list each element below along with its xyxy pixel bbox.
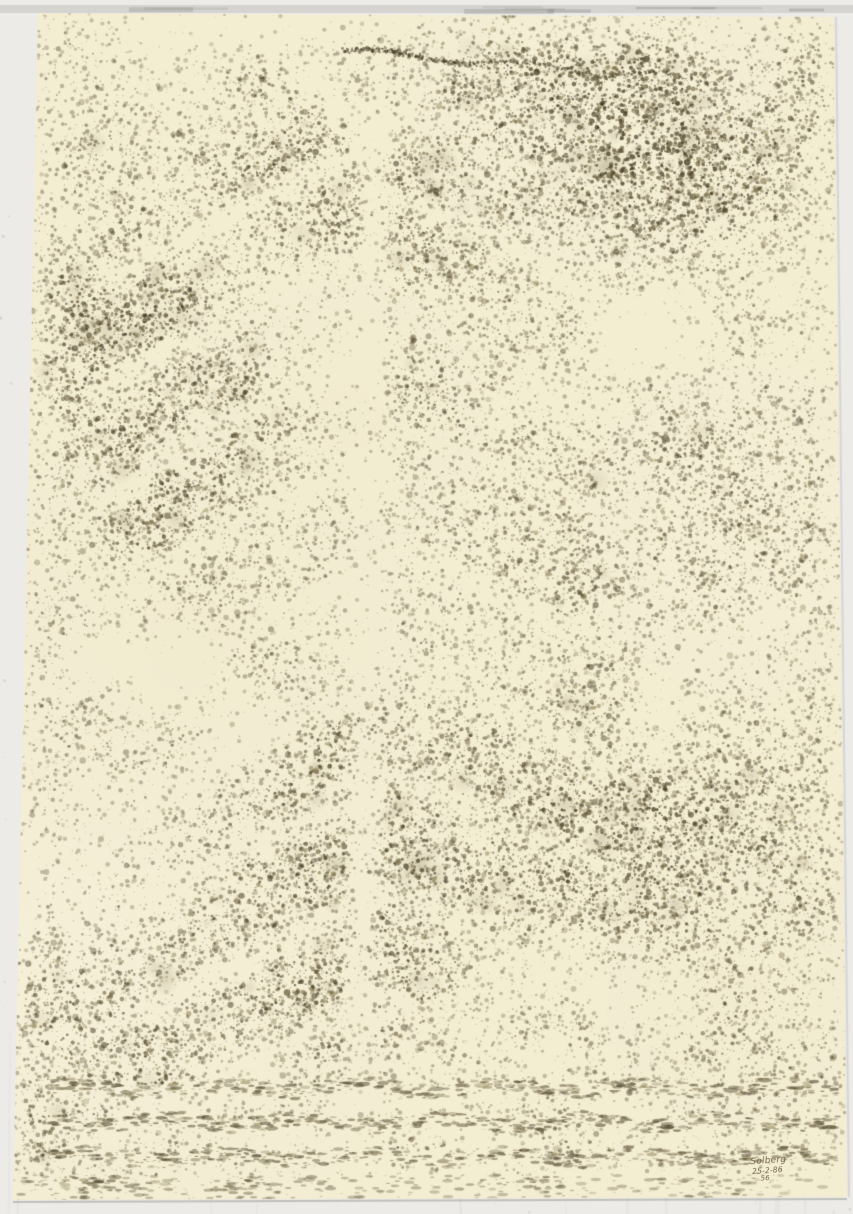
stippled-batik-artwork-canvas	[0, 0, 853, 1214]
artwork-scan: Solberg 25-2-86 56	[0, 0, 853, 1214]
